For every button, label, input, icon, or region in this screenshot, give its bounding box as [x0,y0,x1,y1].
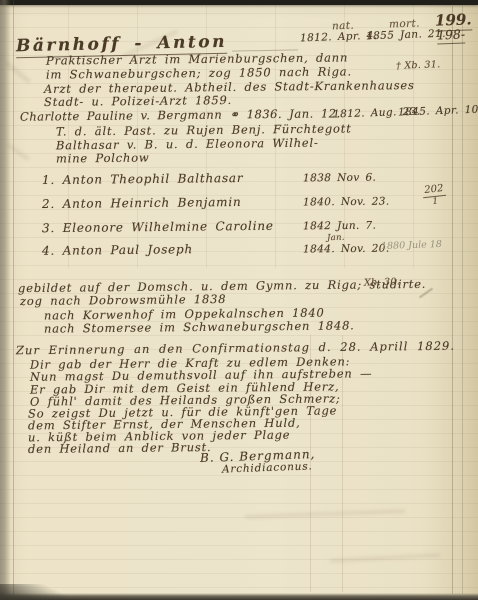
entry-ref-number: 198- [437,27,466,45]
pencil-note: 1880 Jule 18 [381,239,442,252]
child-name: 3. Eleonore Wilhelmine Caroline [42,219,274,235]
page-edge-right-line [462,6,463,594]
child-date: 1840. Nov. 23. [303,196,390,209]
career-education-ref: Xb. 30. [364,276,400,288]
child-date: 1838 Nov 6. [303,172,376,185]
margin-ref: 202 1 [422,183,447,208]
page-edge-bottom [0,593,478,600]
page-margin-line [13,0,14,600]
child-name: 4. Anton Paul Joseph [42,242,193,258]
margin-note: † Xb. 31. [396,59,441,72]
ink-bleed-mark [245,509,405,519]
entry-death-date: 1855 Jan. 21. [366,28,446,43]
margin-ref-bottom: 1 [423,196,447,208]
child-date: 1844. Nov. 20. [303,243,390,256]
parentage-line: Balthasar v. B. u. d. Eleonora Wilhel- [56,136,319,153]
poem-line: den Heiland an der Brust. [28,440,212,456]
child-date-correction: Jan. [327,233,345,244]
child-name: 1. Anton Theophil Balthasar [42,171,244,187]
child-name: 2. Anton Heinrich Benjamin [42,195,242,211]
page-edge-right-line [452,6,453,594]
career-move-line: zog nach Dobrowsmühle 1838 [20,292,227,308]
page-edge-top [0,0,478,5]
child-date: 1842 Jun. 7. [303,220,376,233]
parentage-line: mine Polchow [56,151,150,166]
spouse-death-date: 1845. Apr. 10. [398,104,478,119]
career-move-line: nach Stomersee im Schwaneburgschen 1848. [44,318,355,335]
ink-bleed-mark [330,553,440,563]
signature-title: Archidiaconus. [222,460,313,475]
page-corner-shadow [0,584,70,600]
poem-title: Zur Erinnerung an den Confirmationstag d… [16,339,455,358]
bio-line: Stadt- u. Polizei-Arzt 1859. [44,93,232,109]
register-page-scan: nat. mort. 199. Bärnhoff - Anton 1812. A… [0,0,478,600]
page-edge-left [0,0,11,600]
